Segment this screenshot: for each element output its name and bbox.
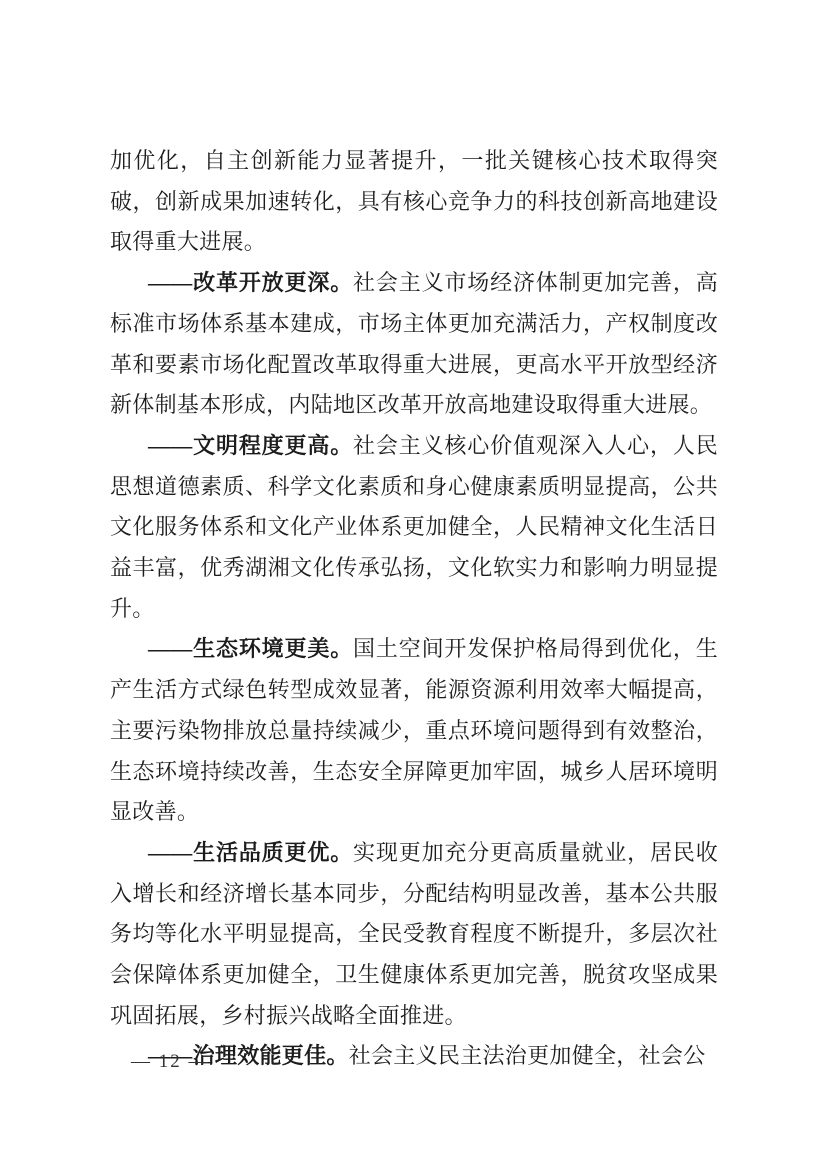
paragraph-lead: ——改革开放更深。 [148,270,353,295]
paragraph-civilization-level: ——文明程度更高。社会主义核心价值观深入人心，人民思想道德素质、科学文化素质和身… [110,426,718,630]
paragraph-reform-opening: ——改革开放更深。社会主义市场经济体制更加完善，高标准市场体系基本建成，市场主体… [110,263,718,426]
paragraph-lead: ——生态环境更美。 [148,636,353,661]
paragraph-text: 国土空间开发保护格局得到优化，生产生活方式绿色转型成效显著，能源资源利用效率大幅… [110,636,718,824]
paragraph-text: 社会主义核心价值观深入人心，人民思想道德素质、科学文化素质和身心健康素质明显提高… [110,433,718,621]
paragraph-text: 实现更加充分更高质量就业，居民收入增长和经济增长基本同步，分配结构明显改善，基本… [110,840,718,1028]
paragraph-innovation-continuation: 加优化，自主创新能力显著提升，一批关键核心技术取得突破，创新成果加速转化，具有核… [110,141,718,263]
document-page: 加优化，自主创新能力显著提升，一批关键核心技术取得突破，创新成果加速转化，具有核… [0,0,827,1169]
paragraph-lead: ——文明程度更高。 [148,433,353,458]
paragraph-life-quality: ——生活品质更优。实现更加充分更高质量就业，居民收入增长和经济增长基本同步，分配… [110,833,718,1037]
paragraph-lead: ——生活品质更优。 [148,840,353,865]
page-body-text: 加优化，自主创新能力显著提升，一批关键核心技术取得突破，创新成果加速转化，具有核… [110,141,718,1077]
paragraph-text: 加优化，自主创新能力显著提升，一批关键核心技术取得突破，创新成果加速转化，具有核… [110,148,718,254]
page-number: — 12 — [131,1051,210,1073]
paragraph-ecological-environment: ——生态环境更美。国土空间开发保护格局得到优化，生产生活方式绿色转型成效显著，能… [110,629,718,833]
paragraph-text: 社会主义民主法治更加健全，社会公 [349,1043,706,1068]
